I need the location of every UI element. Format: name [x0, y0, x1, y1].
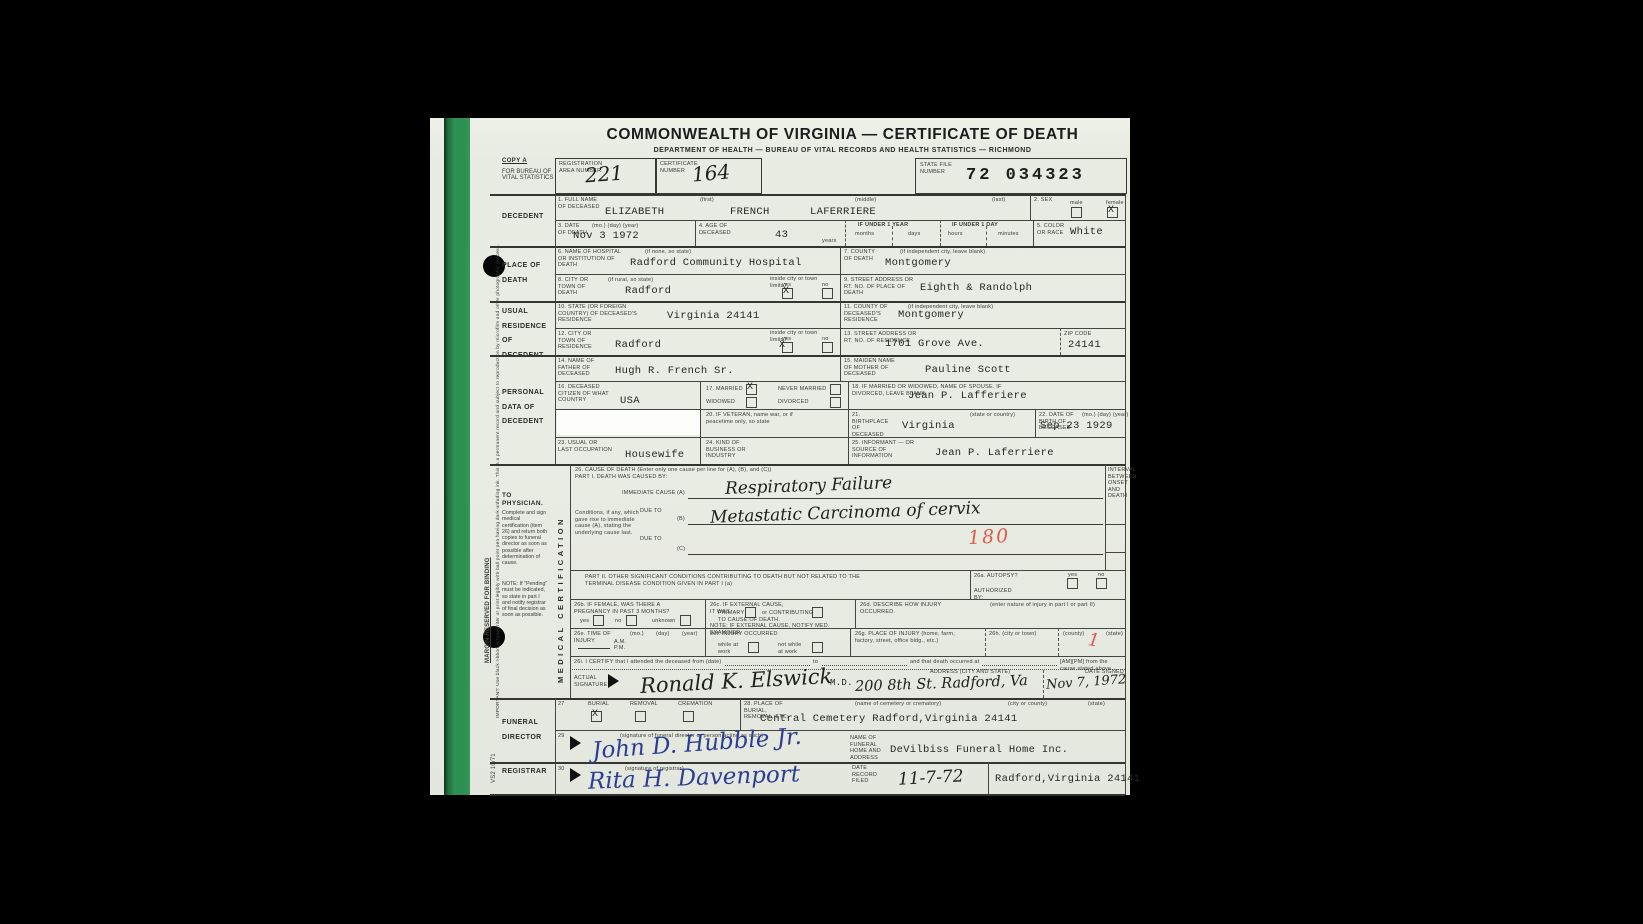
mother-value: Pauline Scott [925, 364, 1011, 376]
pm-label: P.M. [614, 645, 625, 652]
res-limits-no-checkbox [822, 342, 833, 353]
res-county-label: 11. COUNTY OF DECEASED'S RESIDENCE [844, 304, 892, 324]
section-place-of-death: PLACE OF DEATH [502, 258, 552, 288]
pending-note: NOTE: If "Pending" must be indicated, so… [502, 581, 548, 619]
zip-label: ZIP CODE [1064, 331, 1091, 338]
age-unit: years [822, 238, 836, 245]
middle-hint: (middle) [855, 197, 876, 204]
res-state-label: 10. STATE (OR FOREIGN COUNTRY) OF DECEAS… [558, 304, 643, 324]
last-hint: (last) [992, 197, 1005, 204]
never-married-label: NEVER MARRIED [778, 386, 826, 393]
how-injury-hint: (enter nature of injury in part I or par… [990, 602, 1110, 609]
certify-occurred-label: and that death occurred at [910, 659, 979, 666]
sex-label: 2. SEX [1034, 197, 1052, 204]
res-state-value: Virginia 24141 [667, 310, 759, 322]
loc-state-label: (state) [1106, 631, 1123, 638]
name-first-value: ELIZABETH [605, 206, 664, 218]
autopsy-label: 26a. AUTOPSY? [974, 573, 1018, 580]
county-death-hint: (if independent city, leave blank) [900, 249, 985, 256]
physician-address: 200 8th St. Radford, Va [855, 673, 1028, 695]
removal-label: REMOVAL [630, 701, 658, 708]
pod-limits-yes-checkbox: X [782, 288, 793, 299]
registrar-arrow [570, 768, 581, 782]
year-hint: (year) [682, 631, 698, 638]
death-certificate: MARGIN RESERVED FOR BINDING IMPORTANT: U… [430, 118, 1130, 795]
citizen-label: 16. DECEASED CITIZEN OF WHAT COUNTRY [558, 384, 613, 404]
state-file-value: 72 034323 [966, 166, 1085, 185]
divorced-label: DIVORCED [778, 399, 809, 406]
divorced-checkbox [830, 397, 841, 408]
burial-label: BURIAL [588, 701, 609, 708]
preg-unknown-label: unknown [652, 618, 675, 625]
dob-value: Sep 23 1929 [1040, 420, 1113, 432]
page-title: COMMONWEALTH OF VIRGINIA — CERTIFICATE O… [560, 126, 1125, 144]
mother-label: 15. MAIDEN NAME OF MOTHER OF DECEASED [844, 358, 899, 378]
state-file-label: STATE FILE NUMBER [920, 162, 955, 175]
date-of-death-value: Nov 3 1972 [573, 230, 639, 242]
city-death-label: 8. CITY OR TOWN OF DEATH [558, 277, 598, 297]
birthplace-value: Virginia [902, 420, 955, 432]
color-race-label: 5. COLOR OR RACE [1037, 223, 1067, 236]
burial-checkbox: X [591, 711, 602, 722]
interval-label: INTERVAL BETWEEN ONSET AND DEATH [1108, 467, 1124, 500]
pod-street-value: Eighth & Randolph [920, 282, 1032, 294]
autopsy-no-checkbox [1096, 578, 1107, 589]
widowed-checkbox [746, 397, 757, 408]
not-at-work-checkbox [812, 642, 823, 653]
informant-value: Jean P. Laferriere [935, 447, 1054, 459]
pregnancy-label: 26b. IF FEMALE, WAS THERE A PREGNANCY IN… [574, 602, 694, 615]
registrar-signature: Rita H. Davenport [588, 761, 801, 794]
occupation-label: 23. USUAL OR LAST OCCUPATION [558, 440, 613, 453]
day-hint: (day) [656, 631, 670, 638]
form-number: VS2 10/71 [482, 753, 500, 783]
section-personal-data: PERSONAL DATA OF DECEDENT [502, 386, 554, 430]
pod-limits-no-checkbox [822, 288, 833, 299]
pod-street-label: 9. STREET ADDRESS OR RT. NO. OF PLACE OF… [844, 277, 914, 297]
name-middle-value: FRENCH [730, 206, 770, 218]
county-death-value: Montgomery [885, 257, 951, 269]
first-hint: (first) [700, 197, 714, 204]
res-city-label: 12. CITY OR TOWN OF RESIDENCE [558, 331, 598, 351]
contributing-checkbox [812, 607, 823, 618]
days-label: days [908, 231, 920, 238]
informant-label: 25. INFORMANT — OR SOURCE OF INFORMATION [852, 440, 922, 460]
place-injury-label: 26g. PLACE OF INJURY (home, farm, factor… [855, 631, 955, 644]
red-county-value: 1 [1087, 629, 1101, 651]
preg-unknown-checkbox [680, 615, 691, 626]
immediate-cause-label: IMMEDIATE CAUSE [622, 490, 676, 497]
registrar-number: 30 [558, 766, 565, 773]
hospital-label: 6. NAME OF HOSPITAL OR INSTITUTION OF DE… [558, 249, 628, 269]
spouse-value: Jean P. Lafferiere [908, 390, 1027, 402]
funeral-arrow [570, 736, 581, 750]
widowed-label: WIDOWED [706, 399, 735, 406]
cremation-checkbox [683, 711, 694, 722]
res-limits-yes-checkbox: X [782, 342, 793, 353]
res-city-value: Radford [615, 339, 661, 351]
county-death-label: 7. COUNTY OF DEATH [844, 249, 879, 262]
dob-hint: (mo.) (day) (year) [1082, 412, 1128, 419]
loc-city-label: 26h. (city or town) [989, 631, 1049, 638]
page-subtitle: DEPARTMENT OF HEALTH — BUREAU OF VITAL R… [560, 147, 1125, 154]
conditions-note: Conditions, if any, which gave rise to i… [575, 510, 645, 536]
minutes-label: minutes [998, 231, 1019, 238]
color-race-value: White [1070, 226, 1103, 238]
registration-area-value: 221 [584, 161, 624, 188]
medical-certification-label: MEDICAL CERTIFICATION [556, 516, 565, 683]
date-filed-value: 11-7-72 [898, 766, 965, 789]
part2-label: PART II. OTHER SIGNIFICANT CONDITIONS CO… [585, 574, 865, 587]
disposition-number: 27 [558, 701, 565, 708]
under-year-label: IF UNDER 1 YEAR [858, 222, 908, 229]
married-label: 17. MARRIED [706, 386, 743, 393]
registrar-office-value: Radford,Virginia 24141 [995, 773, 1140, 785]
removal-checkbox [635, 711, 646, 722]
sex-male-checkbox [1071, 207, 1082, 218]
primary-label: PRIMARY [718, 610, 744, 617]
hours-label: hours [948, 231, 963, 238]
father-value: Hugh R. French Sr. [615, 365, 734, 377]
married-checkbox: X [746, 384, 757, 395]
section-decedent: DECEDENT [502, 213, 544, 220]
md-label: M.D. [830, 678, 853, 688]
cause-of-death-label: 26. CAUSE OF DEATH (Enter only one cause… [575, 467, 835, 474]
autopsy-yes-checkbox [1067, 578, 1078, 589]
preg-yes-checkbox [593, 615, 604, 626]
certify-label: 26i. I CERTIFY that I attended the decea… [574, 659, 721, 666]
state-hint: (state) [1088, 701, 1105, 708]
at-work-checkbox [748, 642, 759, 653]
state-file-box: STATE FILE NUMBER 72 034323 [915, 158, 1127, 194]
res-street-value: 1701 Grove Ave. [885, 338, 984, 350]
birthplace-hint: (state or country) [970, 412, 1015, 419]
signature-arrow [608, 674, 619, 688]
never-married-checkbox [830, 384, 841, 395]
sex-male-label: male [1070, 200, 1083, 207]
section-funeral-director: FUNERAL DIRECTOR [502, 716, 554, 745]
date-of-death-hint: (mo.) (day) (year) [592, 223, 638, 230]
line-c-label: (C) [677, 546, 685, 553]
name-last-value: LAFERRIERE [810, 206, 876, 218]
birthplace-label: 21. BIRTHPLACE OF DECEASED [852, 412, 892, 438]
mo-hint: (mo.) [630, 631, 644, 638]
date-signed-value: Nov 7, 1972 [1046, 672, 1127, 693]
redaction-box [557, 410, 700, 435]
section-to-physician: TO PHYSICIAN. [502, 492, 554, 508]
date-filed-label: DATE RECORD FILED [852, 765, 887, 785]
at-work-label: while at work [718, 642, 742, 655]
section-registrar: REGISTRAR [502, 768, 547, 775]
veteran-label: 20. IF VETERAN, name war, or if peacetim… [706, 412, 796, 425]
full-name-label: 1. FULL NAME OF DECEASED [558, 197, 603, 210]
city-county-hint: (city or county) [1008, 701, 1047, 708]
citizen-value: USA [620, 395, 640, 407]
funeral-number: 29 [558, 733, 565, 740]
age-label: 4. AGE OF DECEASED [699, 223, 739, 236]
city-death-value: Radford [625, 285, 671, 297]
preg-no-label: no [615, 618, 622, 625]
res-county-value: Montgomery [898, 309, 964, 321]
preg-no-checkbox [626, 615, 637, 626]
age-value: 43 [775, 229, 788, 241]
preg-yes-label: yes [580, 618, 589, 625]
father-label: 14. NAME OF FATHER OF DECEASED [558, 358, 613, 378]
cremation-label: CREMATION [678, 701, 712, 708]
not-at-work-label: not while at work [778, 642, 804, 655]
business-label: 24. KIND OF BUSINESS OR INDUSTRY [706, 440, 761, 460]
actual-signature-label: ACTUAL SIGNATURE [574, 675, 604, 688]
funeral-home-label: NAME OF FUNERAL HOME AND ADDRESS [850, 735, 890, 761]
cemetery-hint: (name of cemetery or crematory) [855, 701, 941, 708]
months-label: months [855, 231, 874, 238]
injury-occurred-label: 26f. INJURY OCCURRED [710, 631, 790, 638]
to-physician-note: Complete and sign medical certification … [502, 510, 548, 567]
binding-note: IMPORTANT: Use black ribbon in typewrite… [496, 244, 501, 718]
under-day-label: IF UNDER 1 DAY [952, 222, 998, 229]
loc-county-label: (county) [1063, 631, 1084, 638]
red-code-180: 180 [967, 525, 1010, 549]
sex-female-checkbox: X [1107, 207, 1118, 218]
due-to-2-label: DUE TO [640, 536, 662, 543]
binding-strip [444, 118, 470, 795]
copy-for-label: FOR BUREAU OF VITAL STATISTICS [502, 169, 554, 182]
zip-value: 24141 [1068, 339, 1101, 351]
line-b-label: (B) [677, 516, 685, 523]
hospital-hint: (if none, so state) [645, 249, 691, 256]
hospital-value: Radford Community Hospital [630, 257, 802, 269]
photo-background: { "header": { "title": "COMMONWEALTH OF … [0, 0, 1643, 924]
copy-label: COPY A [502, 158, 527, 164]
city-death-hint: (if rural, so state) [608, 277, 653, 284]
certificate-number-value: 164 [691, 159, 731, 186]
authorized-by-label: AUTHORIZED BY: [974, 588, 1014, 601]
funeral-home-value: DeVilbiss Funeral Home Inc. [890, 744, 1068, 756]
line-a-label: (A) [677, 490, 685, 497]
contributing-label: or CONTRIBUTING [762, 610, 813, 617]
how-injury-label: 26d. DESCRIBE HOW INJURY OCCURRED. [860, 602, 955, 615]
occupation-value: Housewife [625, 449, 684, 461]
